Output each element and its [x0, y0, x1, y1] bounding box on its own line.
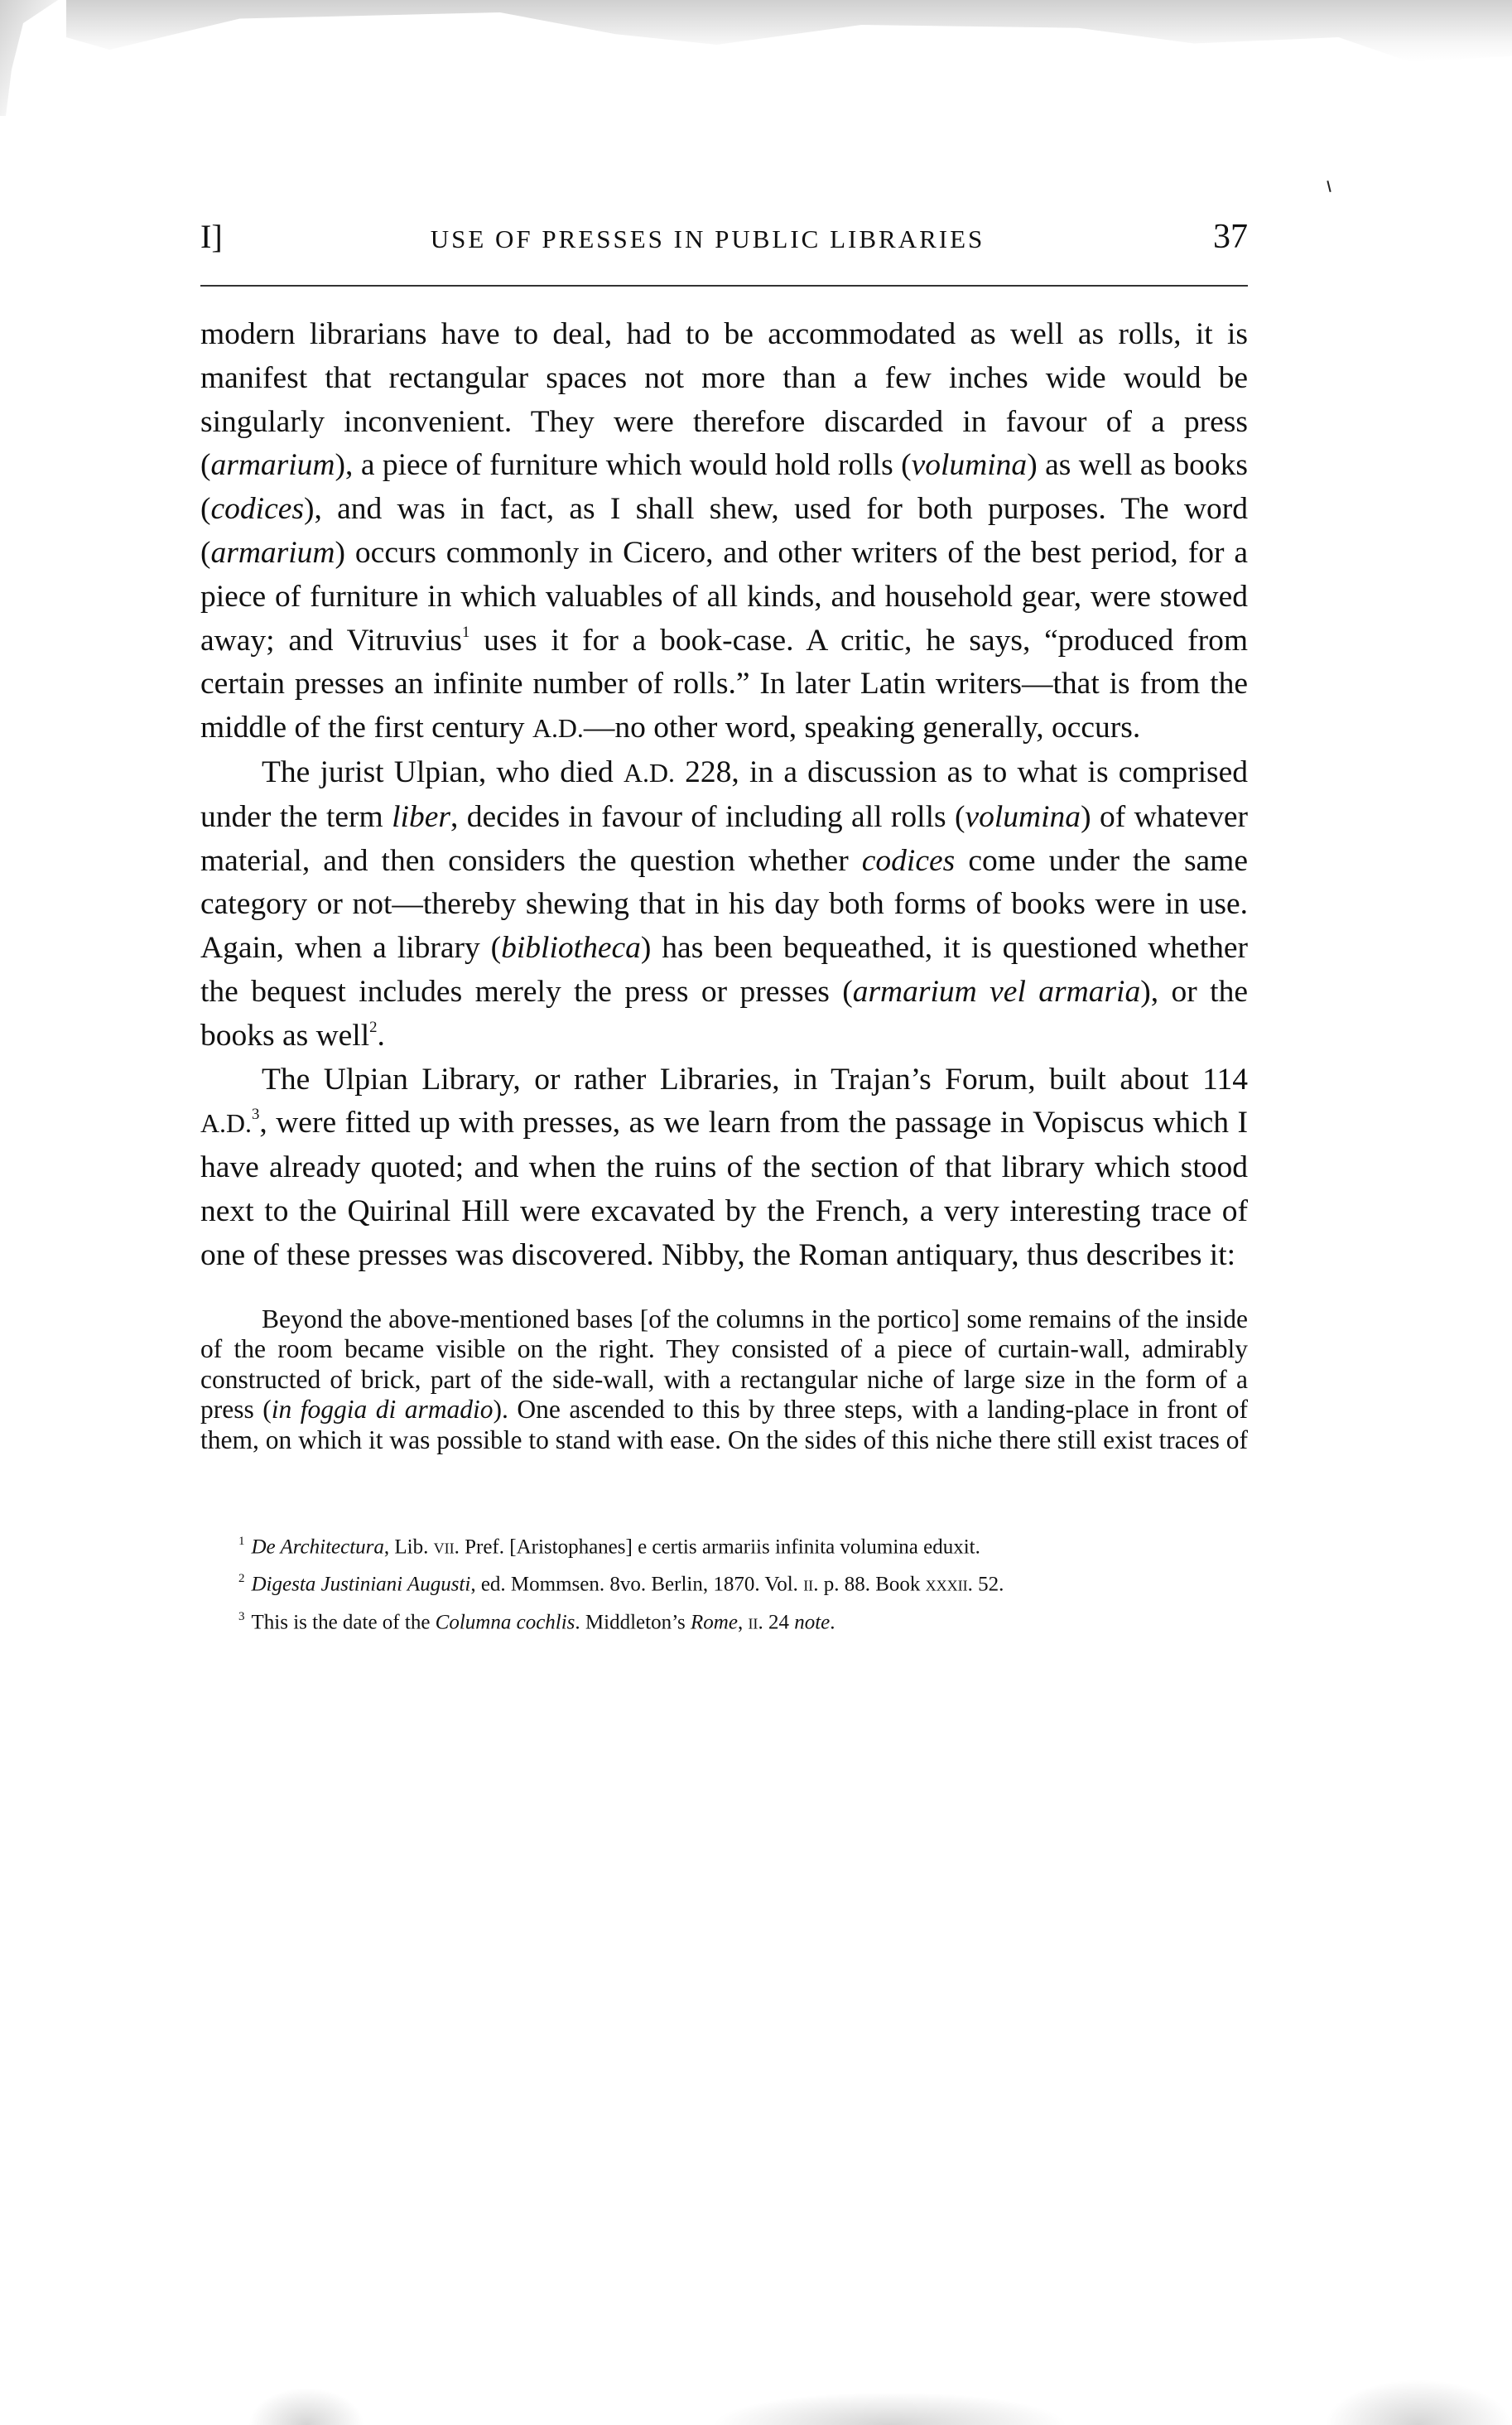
footnotes: 1De Architectura, Lib. vii. Pref. [Arist…	[200, 1526, 1248, 1639]
footnote-ref[interactable]: 1	[462, 624, 469, 641]
chapter-number: I]	[200, 217, 267, 256]
footnote-ref[interactable]: 3	[252, 1106, 259, 1123]
body-text: modern librarians have to deal, had to b…	[200, 313, 1248, 1278]
scan-mark	[1327, 181, 1331, 192]
footnote-number: 3	[238, 1610, 245, 1623]
scan-blob	[1325, 2379, 1512, 2425]
footnote-number: 1	[238, 1535, 245, 1548]
footnote: 2Digesta Justiniani Augusti, ed. Mommsen…	[200, 1563, 1248, 1601]
running-head: I] USE OF PRESSES IN PUBLIC LIBRARIES 37	[200, 217, 1248, 267]
scan-shadow-left	[0, 0, 58, 116]
footnote-number: 2	[238, 1572, 245, 1585]
header-rule	[200, 285, 1248, 287]
footnote: 3This is the date of the Columna cochlis…	[200, 1601, 1248, 1639]
scan-blob	[712, 2392, 1068, 2425]
book-page: I] USE OF PRESSES IN PUBLIC LIBRARIES 37…	[200, 217, 1248, 1638]
paragraph: The jurist Ulpian, who died A.D. 228, in…	[200, 751, 1248, 1058]
running-title: USE OF PRESSES IN PUBLIC LIBRARIES	[267, 224, 1148, 254]
block-quote: Beyond the above-mentioned bases [of the…	[200, 1304, 1248, 1456]
scan-shadow-top	[66, 0, 1512, 62]
paragraph: modern librarians have to deal, had to b…	[200, 313, 1248, 751]
scan-blob	[248, 2388, 364, 2425]
paragraph: The Ulpian Library, or rather Libraries,…	[200, 1058, 1248, 1278]
page-number: 37	[1182, 217, 1248, 257]
footnote: 1De Architectura, Lib. vii. Pref. [Arist…	[200, 1526, 1248, 1564]
footnote-ref[interactable]: 2	[369, 1019, 377, 1036]
